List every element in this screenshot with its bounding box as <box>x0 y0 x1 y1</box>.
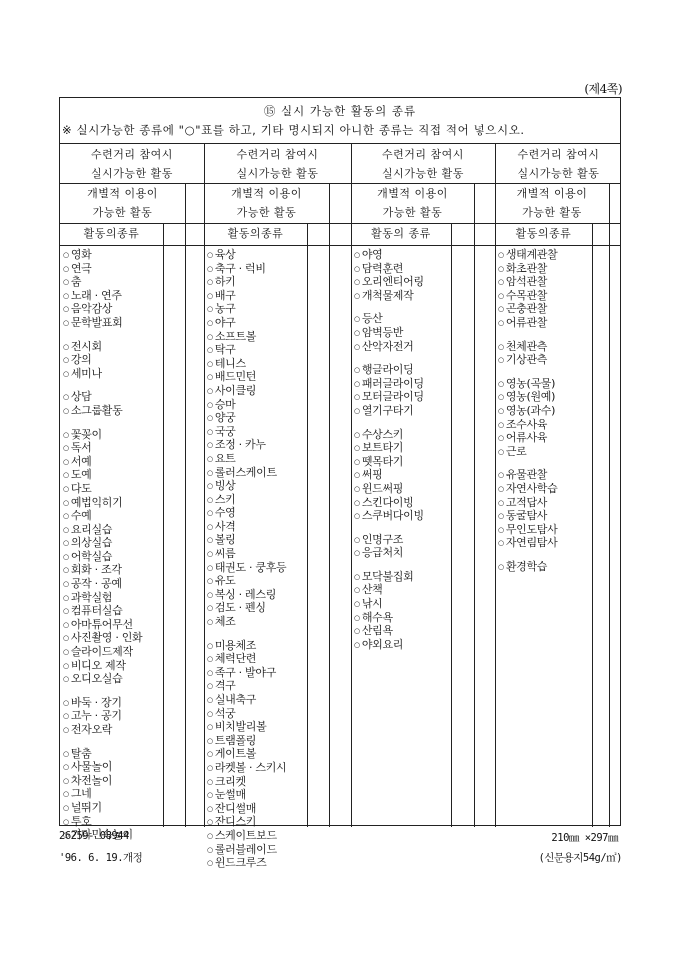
col3-sub-header: 개별적 이용이 가능한 활동 <box>351 184 474 222</box>
sub-divider-2 <box>329 183 330 827</box>
col1-list-header: 활동의종류 <box>60 224 163 243</box>
activity-item: 윈드써핑 <box>354 483 424 497</box>
activity-item: 태권도 · 쿵후등 <box>207 562 286 576</box>
activity-item: 동굴탐사 <box>498 510 557 524</box>
activity-item: 자연사학습 <box>498 483 557 497</box>
group-divider-1 <box>204 144 205 827</box>
page-number-label: (제4쪽) <box>584 80 622 97</box>
activity-item: 체조 <box>207 616 286 630</box>
activity-item: 요트 <box>207 453 286 467</box>
activity-item: 빙상 <box>207 480 286 494</box>
activity-item: 암석관찰 <box>498 276 557 290</box>
activity-item: 탁구 <box>207 344 286 358</box>
activity-item: 야외요리 <box>354 639 424 653</box>
activity-item: 곤충관찰 <box>498 303 557 317</box>
activity-item: 사물놀이 <box>63 761 142 775</box>
activity-item: 볼링 <box>207 534 286 548</box>
paper-type: (신문용지54g/㎡) <box>538 850 622 865</box>
activity-item: 문학발표회 <box>63 317 142 331</box>
col1-sub-header-line1: 개별적 이용이 <box>60 184 185 203</box>
activity-item: 사이클링 <box>207 385 286 399</box>
check-divider-2 <box>307 223 308 827</box>
col1-sub-header: 개별적 이용이 가능한 활동 <box>60 184 185 222</box>
activity-item: 격구 <box>207 680 286 694</box>
activity-item: 열기구타기 <box>354 405 424 419</box>
activity-item: 유도 <box>207 575 286 589</box>
activity-item: 양궁 <box>207 412 286 426</box>
activity-item: 조정 · 카누 <box>207 439 286 453</box>
activity-item: 컴퓨터실습 <box>63 605 142 619</box>
col2-sub-header: 개별적 이용이 가능한 활동 <box>204 184 329 222</box>
col4-activity-list: 생태계관찰화초관찰암석관찰수목관찰곤충관찰어류관찰천체관측기상관측영농(곡물)영… <box>498 249 557 574</box>
activity-item: 오리엔티어링 <box>354 276 424 290</box>
activity-item: 육상 <box>207 249 286 263</box>
activity-item: 고누 · 공기 <box>63 710 142 724</box>
activity-item: 의상실습 <box>63 537 142 551</box>
activity-item: 잔디스키 <box>207 816 286 830</box>
col1-sub-header-line2: 가능한 활동 <box>60 203 185 222</box>
col3-group-header-line1: 수련거리 참여시 <box>351 145 495 164</box>
activity-item: 산림욕 <box>354 625 424 639</box>
activity-item: 춤 <box>63 276 142 290</box>
activity-item: 체력단련 <box>207 653 286 667</box>
col3-group-header: 수련거리 참여시 실시가능한 활동 <box>351 145 495 183</box>
activity-item: 기상관측 <box>498 354 557 368</box>
activity-item: 어류사육 <box>498 432 557 446</box>
col4-group-header: 수련거리 참여시 실시가능한 활동 <box>495 145 622 183</box>
col1-group-header: 수련거리 참여시 실시가능한 활동 <box>60 145 204 183</box>
activity-item: 오디오실습 <box>63 673 142 687</box>
activity-item: 공작 · 공예 <box>63 578 142 592</box>
sub-divider-3 <box>474 183 475 827</box>
instruction-note: ※ 실시가능한 종류에 "○"표를 하고, 기타 명시되지 아니한 종류는 직접… <box>62 122 525 138</box>
activity-item: 씨름 <box>207 548 286 562</box>
col2-list-header: 활동의종류 <box>204 224 307 243</box>
activity-item: 슬라이드제작 <box>63 646 142 660</box>
table-title: ⑮ 실시 가능한 활동의 종류 <box>60 103 620 119</box>
activity-item: 전자오락 <box>63 724 142 738</box>
activity-item: 검도 · 펜싱 <box>207 602 286 616</box>
paper-size: 210㎜ ×297㎜ <box>551 830 618 845</box>
activity-item: 수예 <box>63 510 142 524</box>
activity-item: 강의 <box>63 354 142 368</box>
activity-item: 상담 <box>63 391 142 405</box>
activity-item: 음악감상 <box>63 303 142 317</box>
activity-item: 실내축구 <box>207 694 286 708</box>
activity-item: 도예 <box>63 469 142 483</box>
col1-group-header-line1: 수련거리 참여시 <box>60 145 204 164</box>
activity-item: 산악자전거 <box>354 341 424 355</box>
activity-item: 게이트볼 <box>207 748 286 762</box>
activity-item: 농구 <box>207 303 286 317</box>
activity-item: 모터글라이딩 <box>354 391 424 405</box>
activity-item: 배구 <box>207 290 286 304</box>
col2-sub-header-line1: 개별적 이용이 <box>204 184 329 203</box>
check-divider-1 <box>163 223 164 827</box>
activity-item: 비치발리볼 <box>207 721 286 735</box>
activity-item: 소그룹활동 <box>63 405 142 419</box>
sub-divider-4 <box>609 183 610 827</box>
activity-item: 암벽등반 <box>354 327 424 341</box>
activity-item: 보트타기 <box>354 442 424 456</box>
activity-item: 스쿠버다이빙 <box>354 510 424 524</box>
check-divider-4 <box>592 223 593 827</box>
col3-sub-header-line2: 가능한 활동 <box>351 203 474 222</box>
col3-group-header-line2: 실시가능한 활동 <box>351 164 495 183</box>
col4-sub-header-line2: 가능한 활동 <box>495 203 609 222</box>
activity-item: 행글라이딩 <box>354 364 424 378</box>
activity-item: 독서 <box>63 442 142 456</box>
group-divider-3 <box>495 144 496 827</box>
activity-item: 연극 <box>63 263 142 277</box>
activity-item: 그네 <box>63 788 142 802</box>
activity-item: 하키 <box>207 276 286 290</box>
activity-item: 개척물제작 <box>354 290 424 304</box>
activity-item: 어류관찰 <box>498 317 557 331</box>
activity-item: 영화 <box>63 249 142 263</box>
table-title-row: ⑮ 실시 가능한 활동의 종류 ※ 실시가능한 종류에 "○"표를 하고, 기타… <box>60 98 620 144</box>
activity-item: 라켓볼 · 스키시 <box>207 762 286 776</box>
col2-sub-header-line2: 가능한 활동 <box>204 203 329 222</box>
activity-item: 윈드크루즈 <box>207 857 286 871</box>
group-divider-2 <box>351 144 352 827</box>
col4-sub-header: 개별적 이용이 가능한 활동 <box>495 184 609 222</box>
activity-item: 배드민턴 <box>207 371 286 385</box>
col2-group-header-line2: 실시가능한 활동 <box>204 164 351 183</box>
col2-group-header: 수련거리 참여시 실시가능한 활동 <box>204 145 351 183</box>
col1-group-header-line2: 실시가능한 활동 <box>60 164 204 183</box>
form-number: 26259- 08944 <box>59 830 129 842</box>
activity-item: 응급처치 <box>354 547 424 561</box>
activity-item: 사진촬영 · 인화 <box>63 632 142 646</box>
activity-item: 환경학습 <box>498 561 557 575</box>
check-divider-3 <box>451 223 452 827</box>
activity-item: 스케이트보드 <box>207 830 286 844</box>
header-divider-3 <box>60 245 620 246</box>
activity-item: 영농(원예) <box>498 391 557 405</box>
activity-item: 근로 <box>498 446 557 460</box>
col3-list-header: 활동의 종류 <box>351 224 451 243</box>
col2-activity-list: 육상축구 · 럭비하키배구농구야구소프트볼탁구테니스배드민턴사이클링승마양궁국궁… <box>207 249 286 871</box>
activity-item: 등산 <box>354 313 424 327</box>
activity-item: 야영 <box>354 249 424 263</box>
col4-sub-header-line1: 개별적 이용이 <box>495 184 609 203</box>
activity-item: 다도 <box>63 483 142 497</box>
activity-item: 널뛰기 <box>63 802 142 816</box>
activity-item: 낚시 <box>354 598 424 612</box>
activity-item: 영농(과수) <box>498 405 557 419</box>
activity-item: 써핑 <box>354 469 424 483</box>
activity-types-table: ⑮ 실시 가능한 활동의 종류 ※ 실시가능한 종류에 "○"표를 하고, 기타… <box>59 97 621 826</box>
col4-group-header-line2: 실시가능한 활동 <box>495 164 622 183</box>
revision-date: '96. 6. 19.개정 <box>59 850 142 865</box>
col3-activity-list: 야영담력훈련오리엔티어링개척물제작등산암벽등반산악자전거행글라이딩패러글라이딩모… <box>354 249 424 652</box>
activity-item: 자연림탐사 <box>498 537 557 551</box>
activity-item: 야구 <box>207 317 286 331</box>
col4-group-header-line1: 수련거리 참여시 <box>495 145 622 164</box>
sub-divider-1 <box>185 183 186 827</box>
col1-activity-list: 영화연극춤노래 · 연주음악감상문학발표회전시회강의세미나상담소그룹활동꽃꽂이독… <box>63 249 142 843</box>
activity-item: 수영 <box>207 507 286 521</box>
activity-item: 생태계관찰 <box>498 249 557 263</box>
activity-item: 세미나 <box>63 368 142 382</box>
col2-group-header-line1: 수련거리 참여시 <box>204 145 351 164</box>
col3-sub-header-line1: 개별적 이용이 <box>351 184 474 203</box>
activity-item: 유물관찰 <box>498 469 557 483</box>
activity-item: 눈썰매 <box>207 789 286 803</box>
col4-list-header: 활동의종류 <box>495 224 592 243</box>
